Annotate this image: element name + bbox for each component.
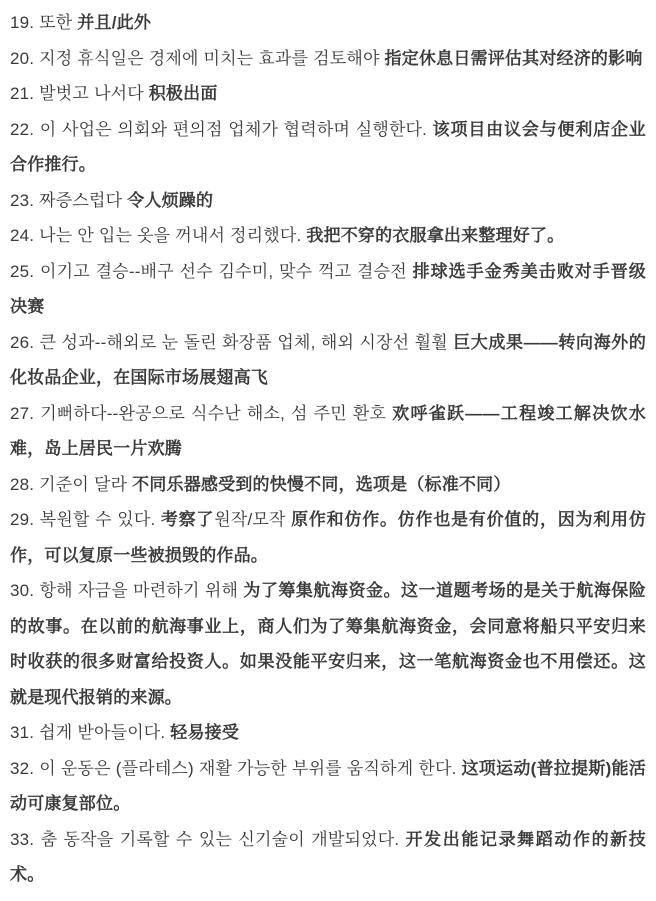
item-number: 24. xyxy=(10,226,39,245)
chinese-translation: 不同乐器感受到的快慢不同，选项是（标准不同） xyxy=(132,475,510,494)
list-item-31: 31. 쉽게 받아들이다. 轻易接受 xyxy=(10,715,646,751)
list-item-25: 25. 이기고 결승--배구 선수 김수미, 맞수 꺽고 결승전 排球选手金秀美… xyxy=(10,254,646,325)
chinese-translation: 我把不穿的衣服拿出来整理好了。 xyxy=(306,226,564,245)
chinese-translation: 并且/此外 xyxy=(77,13,151,32)
list-item-26: 26. 큰 성과--해외로 눈 돌린 화장품 업체, 해외 시장선 훨훨 巨大成… xyxy=(10,325,646,396)
list-item-20: 20. 지정 휴식일은 경제에 미치는 효과를 검토해야 指定休息日需评估其对经… xyxy=(10,41,646,77)
korean-text: 춤 동작을 기록할 수 있는 신기술이 개발되었다. xyxy=(41,830,406,849)
list-item-19: 19. 또한 并且/此外 xyxy=(10,5,646,41)
chinese-translation: 令人烦躁的 xyxy=(127,191,213,210)
list-item-23: 23. 짜증스럽다 令人烦躁的 xyxy=(10,183,646,219)
list-item-28: 28. 기준이 달라 不同乐器感受到的快慢不同，选项是（标准不同） xyxy=(10,467,646,503)
korean-text: 원작/모작 xyxy=(214,510,291,529)
korean-text: 이 사업은 의회와 편의점 업체가 협력하며 실행한다. xyxy=(40,120,433,139)
korean-text: 또한 xyxy=(39,13,77,32)
item-number: 20. xyxy=(10,49,39,68)
list-item-24: 24. 나는 안 입는 옷을 꺼내서 정리했다. 我把不穿的衣服拿出来整理好了。 xyxy=(10,218,646,254)
list-item-21: 21. 발벗고 나서다 积极出面 xyxy=(10,76,646,112)
korean-text: 복원할 수 있다. xyxy=(40,510,161,529)
item-number: 32. xyxy=(10,759,39,778)
korean-text: 나는 안 입는 옷을 꺼내서 정리했다. xyxy=(39,226,306,245)
item-number: 29. xyxy=(10,510,40,529)
korean-text: 쉽게 받아들이다. xyxy=(39,723,170,742)
korean-text: 항해 자금을 마련하기 위해 xyxy=(39,581,243,600)
list-item-22: 22. 이 사업은 의회와 편의점 업체가 협력하며 실행한다. 该项目由议会与… xyxy=(10,112,646,183)
chinese-translation: 指定休息日需评估其对经济的影响 xyxy=(385,49,643,68)
korean-text: 이기고 결승--배구 선수 김수미, 맞수 꺽고 결승전 xyxy=(40,262,413,281)
item-number: 21. xyxy=(10,84,39,103)
item-number: 23. xyxy=(10,191,39,210)
list-item-33: 33. 춤 동작을 기록할 수 있는 신기술이 개발되었다. 开发出能记录舞蹈动… xyxy=(10,822,646,893)
item-number: 26. xyxy=(10,333,40,352)
item-number: 27. xyxy=(10,404,40,423)
item-number: 28. xyxy=(10,475,39,494)
item-number: 30. xyxy=(10,581,39,600)
chinese-translation: 轻易接受 xyxy=(170,723,239,742)
korean-text: 발벗고 나서다 xyxy=(39,84,149,103)
list-item-32: 32. 이 운동은 (플라테스) 재활 가능한 부위를 움직하게 한다. 这项运… xyxy=(10,751,646,822)
korean-text: 기뻐하다--완공으로 식수난 해소, 섬 주민 환호 xyxy=(40,404,392,423)
korean-text: 기준이 달라 xyxy=(39,475,132,494)
item-number: 31. xyxy=(10,723,39,742)
list-item-30: 30. 항해 자금을 마련하기 위해 为了筹集航海资金。这一道题考场的是关于航海… xyxy=(10,573,646,715)
item-number: 25. xyxy=(10,262,40,281)
chinese-translation: 积极出面 xyxy=(149,84,218,103)
document-body: 19. 또한 并且/此外20. 지정 휴식일은 경제에 미치는 효과를 검토해야… xyxy=(10,5,646,893)
chinese-translation: 考察了 xyxy=(161,510,214,529)
document-page: 19. 또한 并且/此外20. 지정 휴식일은 경제에 미치는 효과를 검토해야… xyxy=(0,0,656,901)
korean-text: 이 운동은 (플라테스) 재활 가능한 부위를 움직하게 한다. xyxy=(39,759,461,778)
korean-text: 짜증스럽다 xyxy=(39,191,127,210)
list-item-27: 27. 기뻐하다--완공으로 식수난 해소, 섬 주민 환호 欢呼雀跃——工程竣… xyxy=(10,396,646,467)
korean-text: 지정 휴식일은 경제에 미치는 효과를 검토해야 xyxy=(39,49,384,68)
item-number: 19. xyxy=(10,13,39,32)
item-number: 33. xyxy=(10,830,41,849)
korean-text: 큰 성과--해외로 눈 돌린 화장품 업체, 해외 시장선 훨훨 xyxy=(40,333,454,352)
list-item-29: 29. 복원할 수 있다. 考察了원작/모작 原作和仿作。仿作也是有价值的，因为… xyxy=(10,502,646,573)
item-number: 22. xyxy=(10,120,40,139)
